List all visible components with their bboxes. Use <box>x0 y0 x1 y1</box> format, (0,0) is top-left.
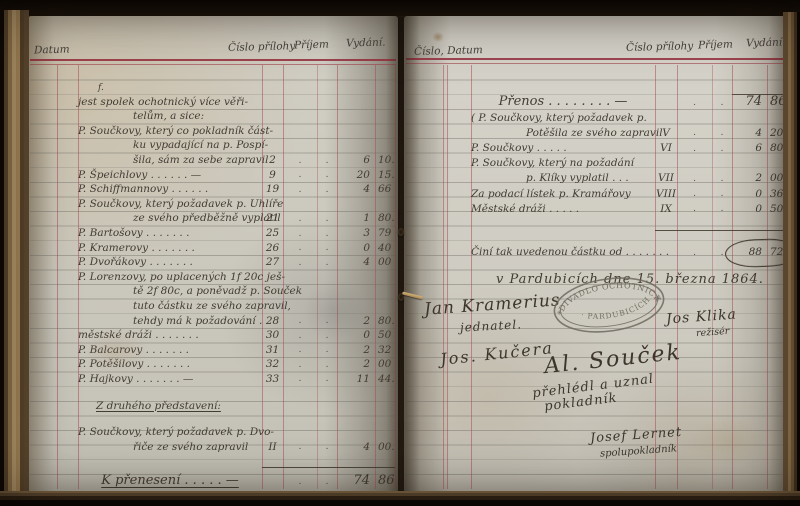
ledger-line: řiče ze svého zapravilII..400. <box>78 440 395 455</box>
entry-text: ze svého předběžně vyplatil <box>78 213 262 226</box>
vydani-kr-cell: 00 <box>375 257 395 270</box>
prijem-kr-cell: . <box>317 332 337 343</box>
ledger-line: Z druhého představení: <box>78 398 395 413</box>
left-page-entries: f.jest spolek ochotnický více věři-telům… <box>78 80 395 489</box>
prijem-kr-cell: . <box>712 175 732 186</box>
attachment-number: II <box>262 442 283 455</box>
vydani-kr-cell: 44. <box>375 374 395 387</box>
prijem-kr-cell: . <box>712 145 732 156</box>
column-rule <box>447 65 448 489</box>
vydani-zl-cell: 1 <box>337 213 375 226</box>
header-rule-line <box>406 63 790 64</box>
attachment-number <box>655 123 677 125</box>
prijem-zl-cell: . <box>283 375 317 386</box>
attachment-number <box>262 282 283 284</box>
entry-text: tehdy má k požadování . <box>78 316 262 329</box>
signature-director-title: režisér <box>696 326 730 339</box>
vydani-zl-cell <box>732 169 767 171</box>
ledger-line: Přenos . . . . . . . . —..7486 <box>471 94 789 110</box>
prijem-zl-cell: . <box>677 145 712 156</box>
vydani-kr-cell: 86 <box>375 474 395 489</box>
ledger-line: P. Bartošovy . . . . . . .25..379 <box>78 226 395 241</box>
prijem-kr-cell: . <box>317 230 337 241</box>
spacer <box>471 230 655 232</box>
vydani-zl-cell: 0 <box>337 243 375 256</box>
vydani-kr-cell <box>375 297 395 299</box>
ledger-line: P. Součkovy, který požadavek p. Dvo- <box>78 425 395 440</box>
vydani-kr-cell: 00 <box>375 359 395 372</box>
sum-divider <box>262 467 395 469</box>
prijem-zl-cell: . <box>283 332 317 343</box>
entry-text: P. Součkovy . . . . . <box>471 143 655 156</box>
attachment-number <box>262 151 283 153</box>
vydani-zl-cell <box>337 438 375 440</box>
stitch-hole <box>398 228 404 236</box>
attachment-number <box>262 438 283 440</box>
prijem-kr-cell <box>317 122 337 124</box>
ledger-line: ku vypadající na p. Pospí- <box>78 138 395 153</box>
prijem-kr-cell <box>317 209 337 211</box>
entry-text: Městské dráži . . . . . <box>471 204 655 217</box>
vydani-zl-cell: 6 <box>337 155 375 168</box>
entry-text: K přenesení . . . . . — <box>78 474 262 489</box>
prijem-zl-cell <box>283 411 317 413</box>
entry-text: Přenos . . . . . . . . — <box>471 95 655 110</box>
header-rule-line <box>406 58 790 60</box>
column-rule <box>57 65 58 489</box>
entry-text: P. Kramerovy . . . . . . . <box>78 243 262 256</box>
vydani-kr-cell: 80. <box>375 213 395 226</box>
prijem-zl-cell: . <box>283 443 317 454</box>
column-rule <box>395 65 396 489</box>
ledger-line: P. Součkovy, který požadavek p. Uhlíře <box>78 197 395 212</box>
ledger-line: f. <box>78 80 395 95</box>
entry-text: f. <box>78 84 262 95</box>
prijem-kr-cell: . <box>317 346 337 357</box>
entry-text: Z druhého představení: <box>78 401 262 414</box>
prijem-zl-cell <box>283 93 317 95</box>
row-gap <box>471 232 789 245</box>
prijem-kr-cell: . <box>317 215 337 226</box>
ledger-line: městské dráži . . . . . . .30..050 <box>78 328 395 343</box>
entry-text: telům, a sice: <box>78 111 262 124</box>
row-gap <box>471 260 789 273</box>
column-header-vydani: Vydání. <box>346 36 386 49</box>
entry-text: P. Dvořákovy . . . . . . . <box>78 257 262 270</box>
column-header-prijem: Příjem <box>698 39 733 52</box>
entry-text: P. Součkovy, který požadavek p. Dvo- <box>78 427 262 440</box>
vydani-zl-cell: 88 <box>732 247 767 260</box>
prijem-zl-cell: . <box>283 478 317 489</box>
attachment-number: 9 <box>262 170 283 183</box>
ledger-line: jest spolek ochotnický více věři- <box>78 95 395 110</box>
vydani-kr-cell <box>375 107 395 109</box>
prijem-zl-cell <box>283 151 317 153</box>
attachment-number: 2 <box>262 155 283 168</box>
prijem-kr-cell: . <box>317 259 337 270</box>
attachment-number: 27 <box>262 257 283 270</box>
vydani-zl-cell: 4 <box>337 442 375 455</box>
row-gap <box>78 413 395 425</box>
prijem-kr-cell <box>317 107 337 109</box>
ledger-line: P. Kramerovy . . . . . . .26..040 <box>78 241 395 256</box>
column-rule <box>443 65 444 489</box>
prijem-zl-cell: . <box>283 215 317 226</box>
attachment-number <box>262 136 283 138</box>
column-header-prijem: Příjem <box>294 39 329 52</box>
vydani-zl-cell <box>337 209 375 211</box>
prijem-kr-cell <box>712 169 732 171</box>
vydani-zl-cell: 20 <box>337 170 375 183</box>
vydani-zl-cell <box>337 107 375 109</box>
ledger-line: K přenesení . . . . . —..7486 <box>78 474 395 489</box>
entry-text: tuto částku ze svého zapravil, <box>78 301 262 314</box>
vydani-kr-cell: 50 <box>375 330 395 343</box>
prijem-kr-cell: . <box>317 244 337 255</box>
prijem-kr-cell: . <box>317 186 337 197</box>
prijem-zl-cell <box>677 123 712 125</box>
vydani-kr-cell <box>375 438 395 440</box>
prijem-zl-cell: . <box>283 346 317 357</box>
attachment-number <box>262 411 283 413</box>
attachment-number <box>262 122 283 124</box>
column-header-datum: Datum <box>34 44 70 57</box>
attachment-number <box>655 169 677 171</box>
prijem-kr-cell: . <box>317 375 337 386</box>
ledger-photo: Datum Číslo přílohy Příjem Vydání. f.jes… <box>0 0 800 506</box>
prijem-zl-cell <box>283 438 317 440</box>
vydani-kr-cell: 32 <box>375 345 395 358</box>
vydani-zl-cell: 2 <box>337 345 375 358</box>
ledger-line: ze svého předběžně vyplatil21..180. <box>78 211 395 226</box>
prijem-kr-cell <box>317 136 337 138</box>
entry-text: P. Špeichlovy . . . . . . — <box>78 170 262 183</box>
prijem-zl-cell: . <box>283 244 317 255</box>
attachment-number: 31 <box>262 345 283 358</box>
column-header-vydani: Vydání <box>746 37 783 50</box>
prijem-zl-cell <box>283 209 317 211</box>
ledger-line: Potěšila ze svého zapravilV..420. <box>471 125 789 140</box>
vydani-zl-cell <box>337 122 375 124</box>
attachment-number: 28 <box>262 316 283 329</box>
vydani-zl-cell: 2 <box>337 359 375 372</box>
prijem-zl-cell <box>677 169 712 171</box>
column-header-datum: Číslo, Datum <box>414 44 483 58</box>
ledger-line: telům, a sice: <box>78 109 395 124</box>
vydani-zl-cell <box>337 312 375 314</box>
vydani-kr-cell: 10. <box>375 155 395 168</box>
entry-text: městské dráži . . . . . . . <box>78 330 262 343</box>
ledger-line: P. Součkovy . . . . .VI..680. <box>471 140 789 155</box>
ledger-line: P. Součkovy, který na požadání <box>471 156 789 171</box>
sum-divider-row <box>78 454 395 469</box>
row-gap <box>78 386 395 398</box>
spacer <box>78 467 262 469</box>
vydani-kr-cell <box>375 282 395 284</box>
book-edge-top <box>0 0 800 17</box>
left-page: Datum Číslo přílohy Příjem Vydání. f.jes… <box>28 16 398 493</box>
prijem-zl-cell: . <box>283 259 317 270</box>
prijem-zl-cell: . <box>283 230 317 241</box>
prijem-kr-cell: . <box>317 171 337 182</box>
attachment-number <box>655 258 677 260</box>
vydani-zl-cell: 4 <box>337 184 375 197</box>
prijem-zl-cell: . <box>283 361 317 372</box>
vydani-zl-cell: 6 <box>732 143 767 156</box>
vydani-zl-cell: 0 <box>732 189 767 202</box>
prijem-kr-cell <box>317 312 337 314</box>
header-rule-line <box>30 59 396 61</box>
vydani-zl-cell: 3 <box>337 228 375 241</box>
column-header-cislo: Číslo přílohy <box>626 40 694 54</box>
entry-text: P. Potěšilovy . . . . . . . <box>78 359 262 372</box>
vydani-kr-cell <box>375 209 395 211</box>
vydani-zl-cell: 2 <box>732 173 767 186</box>
prijem-zl-cell <box>283 297 317 299</box>
vydani-zl-cell <box>337 151 375 153</box>
prijem-zl-cell <box>283 282 317 284</box>
prijem-kr-cell: . <box>712 129 732 140</box>
sum-divider <box>655 230 789 232</box>
attachment-number: VII <box>655 173 677 186</box>
book-edge-bottom <box>0 491 800 506</box>
ledger-line: P. Balcarovy . . . . . . .31..232 <box>78 343 395 358</box>
ledger-line: P. Dvořákovy . . . . . . .27..400 <box>78 255 395 270</box>
ledger-line: P. Součkovy, který co pokladník část- <box>78 124 395 139</box>
vydani-zl-cell <box>337 282 375 284</box>
attachment-number <box>262 487 283 489</box>
prijem-zl-cell: . <box>677 129 712 140</box>
attachment-number <box>262 93 283 95</box>
attachment-number: 19 <box>262 184 283 197</box>
ledger-line: tě 2f 80c, a poněvadž p. Souček <box>78 284 395 299</box>
vydani-kr-cell: 40 <box>375 243 395 256</box>
prijem-kr-cell: . <box>317 317 337 328</box>
prijem-kr-cell: . <box>317 157 337 168</box>
entry-text: šila, sám za sebe zapravil <box>78 155 262 168</box>
vydani-kr-cell: 00. <box>375 442 395 455</box>
vydani-kr-cell <box>375 122 395 124</box>
prijem-zl-cell <box>283 107 317 109</box>
entry-text: p. Klíky vyplatil . . . <box>471 173 655 186</box>
prijem-zl-cell: . <box>677 99 712 110</box>
ledger-line: Činí tak uvedenou částku od . . . . . . … <box>471 245 789 260</box>
vydani-zl-cell: 74 <box>732 94 767 110</box>
stamp-star-left: ✳ <box>556 309 563 318</box>
vydani-kr-cell <box>375 411 395 413</box>
entry-text: P. Lorenzovy, po uplacených 1f 20c ješ- <box>78 272 262 285</box>
ledger-line: p. Klíky vyplatil . . .VII..200. <box>471 171 789 186</box>
prijem-zl-cell <box>283 312 317 314</box>
prijem-zl-cell: . <box>677 175 712 186</box>
entry-text: P. Součkovy, který požadavek p. Uhlíře <box>78 199 262 212</box>
attachment-number: 32 <box>262 359 283 372</box>
prijem-zl-cell <box>283 136 317 138</box>
attachment-number: VI <box>655 143 677 156</box>
vydani-kr-cell: 15. <box>375 170 395 183</box>
vydani-zl-cell: 0 <box>337 330 375 343</box>
prijem-zl-cell: . <box>677 190 712 201</box>
prijem-kr-cell <box>712 123 732 125</box>
attachment-number <box>262 107 283 109</box>
ledger-line: Městské dráži . . . . .IX..050 <box>471 201 789 216</box>
prijem-kr-cell <box>317 282 337 284</box>
prijem-kr-cell: . <box>712 190 732 201</box>
entry-text: P. Součkovy, který co pokladník část- <box>78 126 262 139</box>
vydani-zl-cell <box>337 297 375 299</box>
column-header-cislo: Číslo přílohy <box>228 40 296 54</box>
attachment-number: 30 <box>262 330 283 343</box>
prijem-kr-cell: . <box>317 443 337 454</box>
book-edge-left <box>0 10 29 498</box>
ledger-line: P. Špeichlovy . . . . . . —9..2015. <box>78 168 395 183</box>
ledger-line: Za podací lístek p. KramářovyVIII..036 <box>471 186 789 201</box>
prijem-zl-cell: . <box>677 205 712 216</box>
attachment-number <box>655 108 677 110</box>
ledger-line: ( P. Součkovy, který požadavek p. <box>471 110 789 125</box>
prijem-zl-cell: . <box>283 157 317 168</box>
prijem-kr-cell <box>317 151 337 153</box>
entry-text: Za podací lístek p. Kramářovy <box>471 189 655 202</box>
entry-text: Činí tak uvedenou částku od . . . . . . … <box>471 247 655 260</box>
vydani-zl-cell: 74 <box>337 474 375 489</box>
prijem-kr-cell: . <box>317 478 337 489</box>
vydani-zl-cell <box>337 136 375 138</box>
attachment-number: VIII <box>655 189 677 202</box>
prijem-zl-cell: . <box>283 186 317 197</box>
vydani-zl-cell <box>337 411 375 413</box>
header-rule-line <box>30 64 396 65</box>
vydani-zl-cell <box>732 123 767 125</box>
prijem-kr-cell <box>317 93 337 95</box>
attachment-number: V <box>655 128 677 141</box>
vydani-kr-cell <box>375 151 395 153</box>
paper-stain <box>430 30 446 44</box>
prijem-kr-cell: . <box>712 205 732 216</box>
right-page: Číslo, Datum Číslo přílohy Příjem Vydání… <box>404 16 792 493</box>
prijem-zl-cell: . <box>283 171 317 182</box>
entry-text: P. Bartošovy . . . . . . . <box>78 228 262 241</box>
entry-text: P. Hajkovy . . . . . . . — <box>78 374 262 387</box>
attachment-number: 33 <box>262 374 283 387</box>
vydani-kr-cell <box>375 93 395 95</box>
ledger-line: P. Schiffmannovy . . . . . .19..466 <box>78 182 395 197</box>
vydani-kr-cell <box>375 136 395 138</box>
attachment-number <box>262 312 283 314</box>
prijem-kr-cell: . <box>712 99 732 110</box>
attachment-number: 25 <box>262 228 283 241</box>
vydani-zl-cell <box>337 93 375 95</box>
ledger-line: P. Potěšilovy . . . . . . .32..200 <box>78 357 395 372</box>
entry-text: Potěšila ze svého zapravil <box>471 128 655 141</box>
entry-text: P. Součkovy, který na požadání <box>471 158 655 171</box>
vydani-kr-cell: 80. <box>375 316 395 329</box>
vydani-kr-cell: 66 <box>375 184 395 197</box>
vydani-zl-cell: 2 <box>337 316 375 329</box>
vydani-zl-cell: 0 <box>732 204 767 217</box>
prijem-kr-cell <box>317 297 337 299</box>
attachment-number: IX <box>655 204 677 217</box>
book-edge-right <box>783 12 800 496</box>
prijem-kr-cell: . <box>712 249 732 260</box>
attachment-number: 21 <box>262 213 283 226</box>
entry-text: řiče ze svého zapravil <box>78 442 262 455</box>
vydani-zl-cell: 4 <box>732 128 767 141</box>
entry-text: jest spolek ochotnický více věři- <box>78 97 262 110</box>
stamp-star-right: ✳ <box>655 295 662 304</box>
ledger-line: P. Hajkovy . . . . . . . —33..1144. <box>78 372 395 387</box>
ledger-line: tehdy má k požadování .28..280. <box>78 314 395 329</box>
right-page-entries: Přenos . . . . . . . . —..7486( P. Součk… <box>471 94 789 288</box>
prijem-zl-cell: . <box>283 317 317 328</box>
attachment-number: 26 <box>262 243 283 256</box>
prijem-kr-cell <box>317 438 337 440</box>
entry-text: ( P. Součkovy, který požadavek p. <box>471 113 655 126</box>
attachment-number <box>262 297 283 299</box>
vydani-kr-cell: 79 <box>375 228 395 241</box>
vydani-zl-cell: 4 <box>337 257 375 270</box>
ledger-line: P. Lorenzovy, po uplacených 1f 20c ješ- <box>78 270 395 285</box>
sum-divider-row <box>471 216 789 231</box>
entry-text: tě 2f 80c, a poněvadž p. Souček <box>78 286 262 299</box>
vydani-zl-cell: 11 <box>337 374 375 387</box>
entry-text: P. Balcarovy . . . . . . . <box>78 345 262 358</box>
prijem-kr-cell <box>317 411 337 413</box>
prijem-zl-cell <box>283 122 317 124</box>
vydani-kr-cell <box>375 312 395 314</box>
ledger-line: šila, sám za sebe zapravil2..610. <box>78 153 395 168</box>
prijem-kr-cell: . <box>317 361 337 372</box>
entry-text: ku vypadající na p. Pospí- <box>78 140 262 153</box>
ledger-line: tuto částku ze svého zapravil, <box>78 299 395 314</box>
entry-text: P. Schiffmannovy . . . . . . <box>78 184 262 197</box>
prijem-zl-cell: . <box>677 249 712 260</box>
